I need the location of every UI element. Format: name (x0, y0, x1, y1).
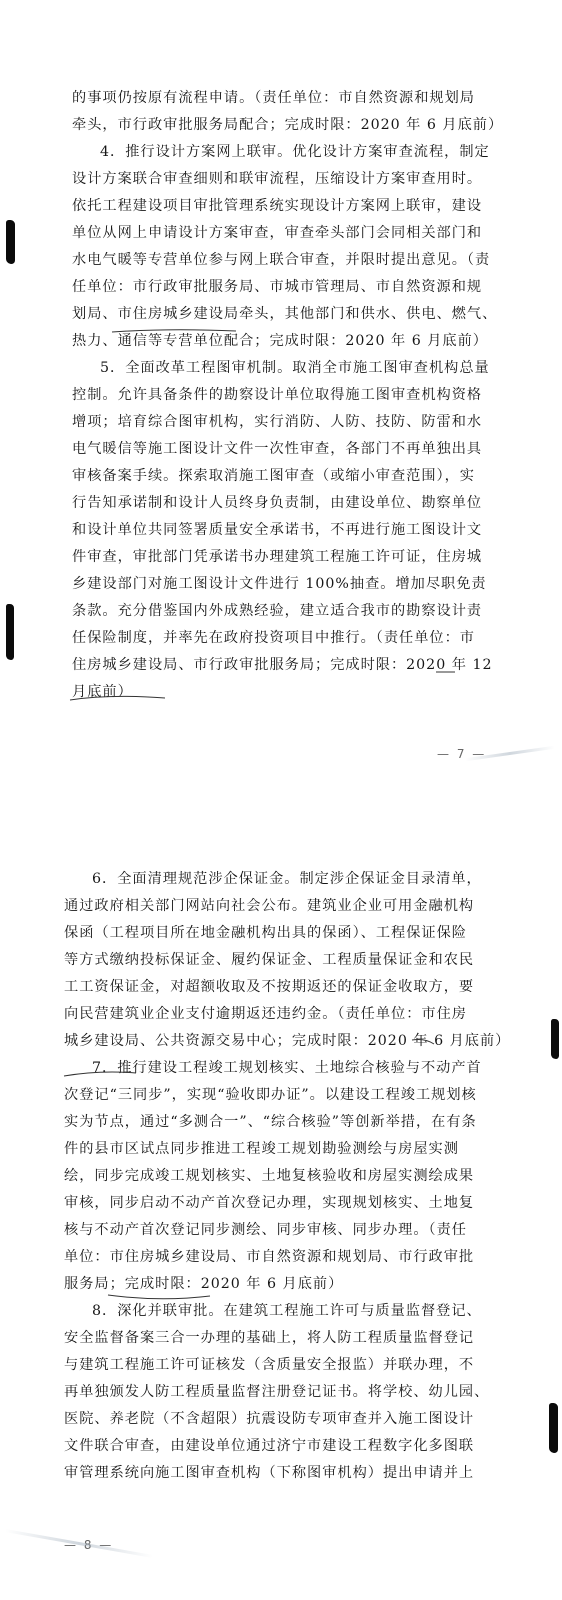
paragraph-first-line: 4．推行设计方案网上联审。优化设计方案审查流程，制定 (72, 139, 455, 166)
text-line: 的事项仍按原有流程申请。（责任单位：市自然资源和规划局 (72, 85, 455, 112)
text-line: 依托工程建设项目审批管理系统实现设计方案网上联审，建设 (72, 193, 455, 220)
text-line: 月底前） (72, 679, 455, 706)
text-line: 条款。充分借鉴国内外成熟经验，建立适合我市的勘察设计责 (72, 598, 455, 625)
scan-binding-mark (6, 604, 14, 660)
text-line: 单位：市住房城乡建设局、市自然资源和规划局、市行政审批 (64, 1244, 455, 1271)
text-line: 等方式缴纳投标保证金、履约保证金、工程质量保证金和农民 (64, 947, 455, 974)
text-line: 服务局；完成时限：2020 年 6 月底前） (64, 1271, 455, 1298)
text-line: 水电气暖等专营单位参与网上联合审查，并限时提出意见。（责 (72, 247, 455, 274)
text-line: 单位从网上申请设计方案审查，审查牵头部门会同相关部门和 (72, 220, 455, 247)
text-line: 乡建设部门对施工图设计文件进行 100%抽查。增加尽职免责 (72, 571, 455, 598)
text-line: 工工资保证金，对超额收取及不按期返还的保证金收取方，要 (64, 974, 455, 1001)
text-line: 与建筑工程施工许可证核发（含质量安全报监）并联办理，不 (64, 1352, 455, 1379)
text-line: 保函（工程项目所在地金融机构出具的保函）、工程保证保险 (64, 920, 455, 947)
text-line: 审管理系统向施工图审查机构（下称图审机构）提出申请并上 (64, 1460, 455, 1487)
text-line: 住房城乡建设局、市行政审批服务局；完成时限：2020 年 12 (72, 652, 455, 679)
text-line: 增项；培育综合图审机构，实行消防、人防、技防、防雷和水 (72, 409, 455, 436)
text-line: 安全监督备案三合一办理的基础上，将人防工程质量监督登记 (64, 1325, 455, 1352)
text-line: 城乡建设局、公共资源交易中心；完成时限：2020 年 6 月底前） (64, 1028, 455, 1055)
text-line: 文件联合审查，由建设单位通过济宁市建设工程数字化多图联 (64, 1433, 455, 1460)
text-line: 任单位：市行政审批服务局、市城市管理局、市自然资源和规 (72, 274, 455, 301)
text-line: 实为节点，通过“多测合一”、“综合核验”等创新举措，在有条 (64, 1109, 455, 1136)
text-line: 控制。允许具备条件的勘察设计单位取得施工图审查机构资格 (72, 382, 455, 409)
text-line: 再单独颁发人防工程质量监督注册登记证书。将学校、幼儿园、 (64, 1379, 455, 1406)
paragraph-first-line: 5．全面改革工程图审机制。取消全市施工图审查机构总量 (72, 355, 455, 382)
text-line: 向民营建筑业企业支付逾期返还违约金。（责任单位：市住房 (64, 1001, 455, 1028)
text-line: 次登记“三同步”，实现“验收即办证”。以建设工程竣工规划核 (64, 1082, 455, 1109)
text-line: 审核备案手续。探索取消施工图审查（或缩小审查范围），实 (72, 463, 455, 490)
scan-binding-mark (549, 1403, 558, 1453)
text-line: 划局、市住房城乡建设局牵头，其他部门和供水、供电、燃气、 (72, 301, 455, 328)
text-line: 电气暖信等施工图设计文件一次性审查，各部门不再单独出具 (72, 436, 455, 463)
scan-binding-mark (6, 220, 15, 264)
text-line: 热力、通信等专营单位配合；完成时限：2020 年 6 月底前） (72, 328, 455, 355)
text-line: 设计方案联合审查细则和联审流程，压缩设计方案审查用时。 (72, 166, 455, 193)
text-line: 核与不动产首次登记同步测绘、同步审核、同步办理。（责任 (64, 1217, 455, 1244)
document-page-7: 的事项仍按原有流程申请。（责任单位：市自然资源和规划局牵头，市行政审批服务局配合… (0, 0, 562, 800)
text-line: 件审查，审批部门凭承诺书办理建筑工程施工许可证，住房城 (72, 544, 455, 571)
text-line: 通过政府相关部门网站向社会公布。建筑业企业可用金融机构 (64, 893, 455, 920)
text-line: 牵头，市行政审批服务局配合；完成时限：2020 年 6 月底前） (72, 112, 455, 139)
text-line: 件的县市区试点同步推进工程竣工规划勘验测绘与房屋实测 (64, 1136, 455, 1163)
text-line: 医院、养老院（不含超限）抗震设防专项审查并入施工图设计 (64, 1406, 455, 1433)
paragraph-first-line: 7．推行建设工程竣工规划核实、土地综合核验与不动产首 (64, 1055, 455, 1082)
text-line: 绘，同步完成竣工规划核实、土地复核验收和房屋实测绘成果 (64, 1163, 455, 1190)
text-line: 审核，同步启动不动产首次登记办理，实现规划核实、土地复 (64, 1190, 455, 1217)
text-line: 行告知承诺制和设计人员终身负责制，由建设单位、勘察单位 (72, 490, 455, 517)
paragraph-first-line: 8．深化并联审批。在建筑工程施工许可与质量监督登记、 (64, 1298, 455, 1325)
text-line: 和设计单位共同签署质量安全承诺书，不再进行施工图设计文 (72, 517, 455, 544)
document-page-8: 6．全面清理规范涉企保证金。制定涉企保证金目录清单，通过政府相关部门网站向社会公… (0, 800, 562, 1600)
text-line: 任保险制度，并率先在政府投资项目中推行。（责任单位：市 (72, 625, 455, 652)
paragraph-first-line: 6．全面清理规范涉企保证金。制定涉企保证金目录清单， (64, 866, 455, 893)
scan-binding-mark (551, 1019, 559, 1059)
